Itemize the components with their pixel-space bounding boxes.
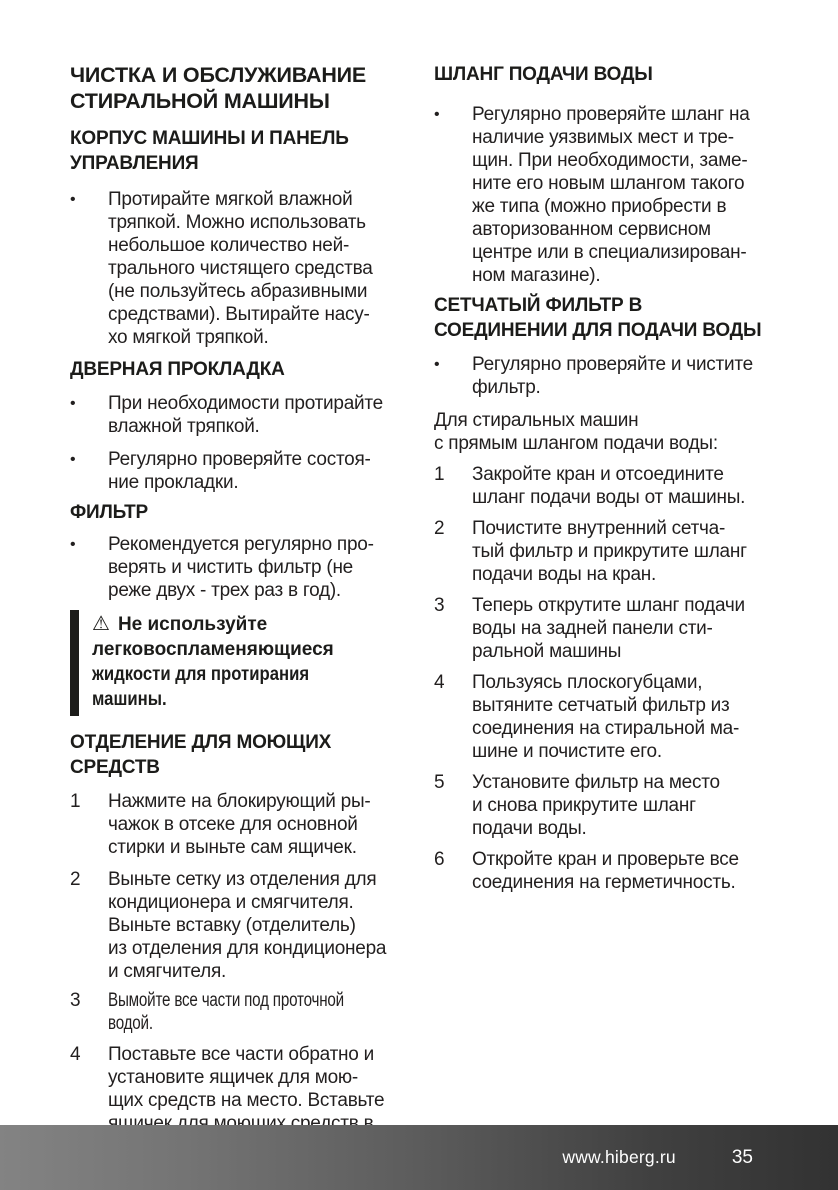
step-number: 1: [434, 463, 472, 509]
warning-line: легковоспламеняющиеся: [92, 637, 410, 662]
bullet-item: • Регулярно проверяйте шланг на наличие …: [434, 103, 802, 287]
step-number: 6: [434, 848, 472, 894]
bullet-marker: •: [434, 353, 472, 399]
bullet-marker: •: [70, 448, 108, 494]
warning-line: жидкости для протирания машины.: [92, 662, 410, 712]
bullet-text: Регулярно проверяйте состоя- ние проклад…: [108, 448, 371, 494]
bullet-marker: •: [434, 103, 472, 287]
step-number: 1: [70, 790, 108, 859]
bullet-text: Рекомендуется регулярно про- верять и чи…: [108, 533, 374, 602]
footer-url: www.hiberg.ru: [562, 1147, 675, 1168]
warning-text: жидкости для протирания машины.: [92, 662, 372, 712]
intro-paragraph: Для стиральных машин с прямым шлангом по…: [434, 409, 802, 455]
section-heading-filter: ФИЛЬТР: [70, 500, 410, 525]
bullet-marker: •: [70, 533, 108, 602]
step-item: 3 Вымойте все части под проточной водой.: [70, 989, 410, 1035]
bullet-marker: •: [70, 392, 108, 438]
step-item: 6 Откройте кран и проверьте все соединен…: [434, 848, 802, 894]
section-heading-mesh-filter: СЕТЧАТЫЙ ФИЛЬТР В СОЕДИНЕНИИ ДЛЯ ПОДАЧИ …: [434, 293, 802, 343]
bullet-item: • Рекомендуется регулярно про- верять и …: [70, 533, 410, 602]
step-item: 4 Пользуясь плоскогубцами, вытяните сетч…: [434, 671, 802, 763]
bullet-marker: •: [70, 188, 108, 349]
page-title: ЧИСТКА И ОБСЛУЖИВАНИЕ СТИРАЛЬНОЙ МАШИНЫ: [70, 62, 410, 114]
bullet-text: Протирайте мягкой влажной тряпкой. Можно…: [108, 188, 373, 349]
bullet-text: Регулярно проверяйте и чистите фильтр.: [472, 353, 753, 399]
warning-line: ⚠Не используйте: [92, 612, 410, 637]
step-number: 2: [70, 868, 108, 983]
bullet-item: • Протирайте мягкой влажной тряпкой. Мож…: [70, 188, 410, 349]
step-item: 1 Закройте кран и отсоедините шланг пода…: [434, 463, 802, 509]
step-item: 3 Теперь открутите шланг подачи воды на …: [434, 594, 802, 663]
step-text: Вымойте все части под проточной водой.: [108, 989, 344, 1035]
step-item: 1 Нажмите на блокирующий ры- чажок в отс…: [70, 790, 410, 859]
warning-icon: ⚠: [92, 613, 110, 635]
step-text: Откройте кран и проверьте все соединения…: [472, 848, 739, 894]
bullet-item: • Регулярно проверяйте состоя- ние прокл…: [70, 448, 410, 494]
section-heading-hose: ШЛАНГ ПОДАЧИ ВОДЫ: [434, 62, 802, 87]
step-item: 2 Выньте сетку из отделения для кондицио…: [70, 868, 410, 983]
left-column: ЧИСТКА И ОБСЛУЖИВАНИЕ СТИРАЛЬНОЙ МАШИНЫ …: [70, 62, 410, 1158]
step-text: Пользуясь плоскогубцами, вытяните сетчат…: [472, 671, 739, 763]
step-number: 4: [434, 671, 472, 763]
step-text: Установите фильтр на место и снова прикр…: [472, 771, 720, 840]
bullet-item: • Регулярно проверяйте и чистите фильтр.: [434, 353, 802, 399]
warning-text: Не используйте: [118, 614, 267, 635]
right-column: ШЛАНГ ПОДАЧИ ВОДЫ • Регулярно проверяйте…: [434, 62, 802, 1158]
warning-note: ⚠Не используйте легковоспламеняющиеся жи…: [70, 610, 410, 716]
section-heading-machine-body: КОРПУС МАШИНЫ И ПАНЕЛЬ УПРАВЛЕНИЯ: [70, 126, 410, 176]
page-number: 35: [732, 1147, 753, 1169]
step-item: 5 Установите фильтр на место и снова при…: [434, 771, 802, 840]
step-text: Выньте сетку из отделения для кондиционе…: [108, 868, 386, 983]
step-item: 2 Почистите внутренний сетча- тый фильтр…: [434, 517, 802, 586]
step-text: Нажмите на блокирующий ры- чажок в отсек…: [108, 790, 370, 859]
step-number: 3: [70, 989, 108, 1035]
footer-bar: www.hiberg.ru 35: [0, 1125, 838, 1190]
step-text: Теперь открутите шланг подачи воды на за…: [472, 594, 745, 663]
page-content: ЧИСТКА И ОБСЛУЖИВАНИЕ СТИРАЛЬНОЙ МАШИНЫ …: [0, 0, 838, 1158]
step-number: 3: [434, 594, 472, 663]
section-heading-detergent: ОТДЕЛЕНИЕ ДЛЯ МОЮЩИХ СРЕДСТВ: [70, 730, 410, 780]
section-heading-door-gasket: ДВЕРНАЯ ПРОКЛАДКА: [70, 357, 410, 382]
bullet-text: Регулярно проверяйте шланг на наличие уя…: [472, 103, 750, 287]
bullet-text: При необходимости протирайте влажной тря…: [108, 392, 383, 438]
step-number: 5: [434, 771, 472, 840]
step-text: Почистите внутренний сетча- тый фильтр и…: [472, 517, 747, 586]
step-number: 2: [434, 517, 472, 586]
step-text: Закройте кран и отсоедините шланг подачи…: [472, 463, 745, 509]
bullet-item: • При необходимости протирайте влажной т…: [70, 392, 410, 438]
